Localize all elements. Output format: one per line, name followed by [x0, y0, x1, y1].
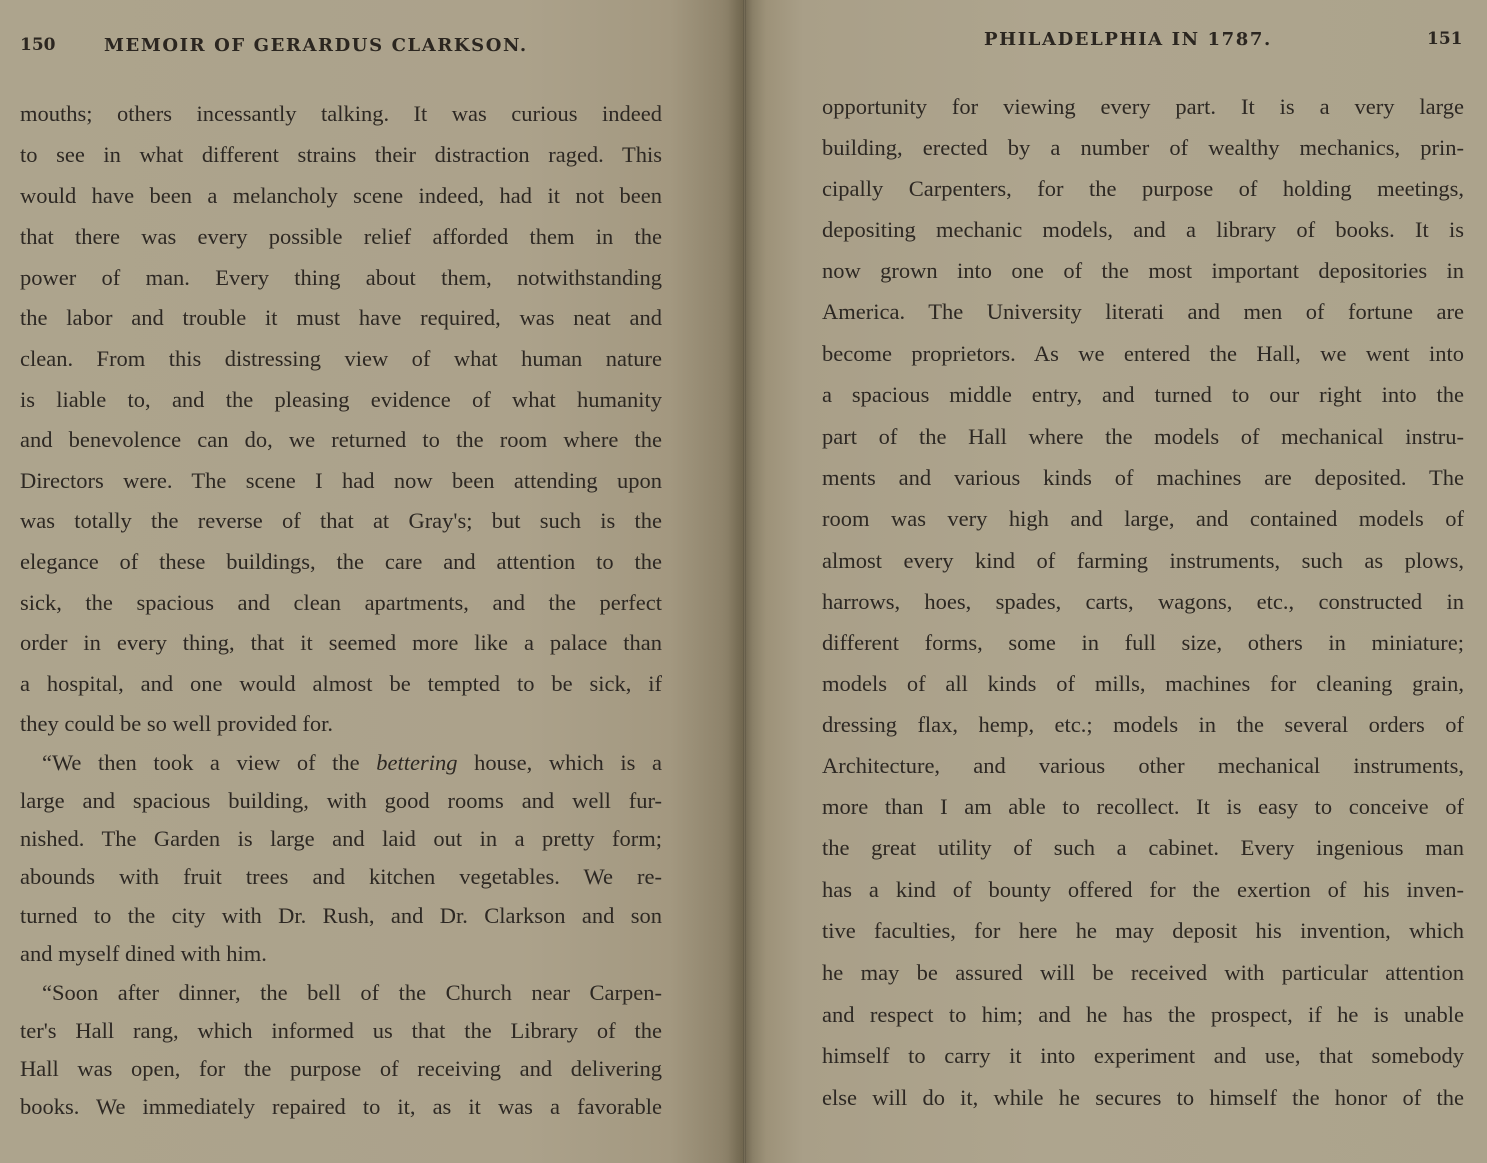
text-line: power of man. Every thing about them, no…: [20, 265, 662, 291]
right-page: PHILADELPHIA IN 1787. 151 opportunity fo…: [744, 0, 1487, 1163]
text-line: clean. From this distressing view of wha…: [20, 346, 662, 372]
text-line: a spacious middle entry, and turned to o…: [822, 382, 1464, 408]
text-line: cipally Carpenters, for the purpose of h…: [822, 176, 1464, 202]
running-head-right: PHILADELPHIA IN 1787.: [984, 29, 1272, 50]
text-line: is liable to, and the pleasing evidence …: [20, 387, 662, 413]
text-line: building, erected by a number of wealthy…: [822, 135, 1464, 161]
gutter-shadow: [728, 0, 743, 1163]
text-line: the labor and trouble it must have requi…: [20, 305, 662, 331]
text-line: elegance of these buildings, the care an…: [20, 549, 662, 575]
italic-word: bettering: [376, 750, 457, 775]
text-line: room was very high and large, and contai…: [822, 506, 1464, 532]
text-line: has a kind of bounty offered for the exe…: [822, 877, 1464, 903]
text-line: and respect to him; and he has the prosp…: [822, 1002, 1464, 1028]
text-line: they could be so well provided for.: [20, 711, 662, 737]
text-span: “We then took a view of the: [42, 750, 376, 775]
text-line: Architecture, and various other mechanic…: [822, 753, 1464, 779]
text-line: different forms, some in full size, othe…: [822, 630, 1464, 656]
text-line: sick, the spacious and clean apartments,…: [20, 590, 662, 616]
text-line: abounds with fruit trees and kitchen veg…: [20, 864, 662, 890]
text-line: mouths; others incessantly talking. It w…: [20, 101, 662, 127]
book-spine: [743, 0, 746, 1163]
text-line: America. The University literati and men…: [822, 299, 1464, 325]
page-number-right: 151: [1427, 29, 1463, 49]
text-line: now grown into one of the most important…: [822, 258, 1464, 284]
running-head-left: MEMOIR OF GERARDUS CLARKSON.: [104, 35, 528, 56]
text-line: large and spacious building, with good r…: [20, 788, 662, 814]
text-line: “We then took a view of the bettering ho…: [42, 750, 662, 776]
text-line: else will do it, while he secures to him…: [822, 1085, 1464, 1111]
text-line: more than I am able to recollect. It is …: [822, 794, 1464, 820]
text-span: house, which is a: [458, 750, 662, 775]
text-line: would have been a melancholy scene indee…: [20, 183, 662, 209]
text-line: depositing mechanic models, and a librar…: [822, 217, 1464, 243]
text-line: order in every thing, that it seemed mor…: [20, 630, 662, 656]
text-line: nished. The Garden is large and laid out…: [20, 826, 662, 852]
text-line: almost every kind of farming instruments…: [822, 548, 1464, 574]
text-line: to see in what different strains their d…: [20, 142, 662, 168]
text-line: books. We immediately repaired to it, as…: [20, 1094, 662, 1120]
text-line: become proprietors. As we entered the Ha…: [822, 341, 1464, 367]
text-line: the great utility of such a cabinet. Eve…: [822, 835, 1464, 861]
page-number-left: 150: [20, 35, 56, 55]
text-line: “Soon after dinner, the bell of the Chur…: [42, 980, 662, 1006]
text-line: ter's Hall rang, which informed us that …: [20, 1018, 662, 1044]
text-line: that there was every possible relief aff…: [20, 224, 662, 250]
text-line: harrows, hoes, spades, carts, wagons, et…: [822, 589, 1464, 615]
text-line: models of all kinds of mills, machines f…: [822, 671, 1464, 697]
text-line: he may be assured will be received with …: [822, 960, 1464, 986]
text-line: and benevolence can do, we returned to t…: [20, 427, 662, 453]
text-line: and myself dined with him.: [20, 941, 662, 967]
text-line: turned to the city with Dr. Rush, and Dr…: [20, 903, 662, 929]
text-line: ments and various kinds of machines are …: [822, 465, 1464, 491]
text-line: tive faculties, for here he may deposit …: [822, 918, 1464, 944]
left-page: 150 MEMOIR OF GERARDUS CLARKSON. mouths;…: [0, 0, 744, 1163]
text-line: Directors were. The scene I had now been…: [20, 468, 662, 494]
text-line: opportunity for viewing every part. It i…: [822, 94, 1464, 120]
text-line: dressing flax, hemp, etc.; models in the…: [822, 712, 1464, 738]
text-line: Hall was open, for the purpose of receiv…: [20, 1056, 662, 1082]
text-line: was totally the reverse of that at Gray'…: [20, 508, 662, 534]
text-line: a hospital, and one would almost be temp…: [20, 671, 662, 697]
text-line: himself to carry it into experiment and …: [822, 1043, 1464, 1069]
text-line: part of the Hall where the models of mec…: [822, 424, 1464, 450]
